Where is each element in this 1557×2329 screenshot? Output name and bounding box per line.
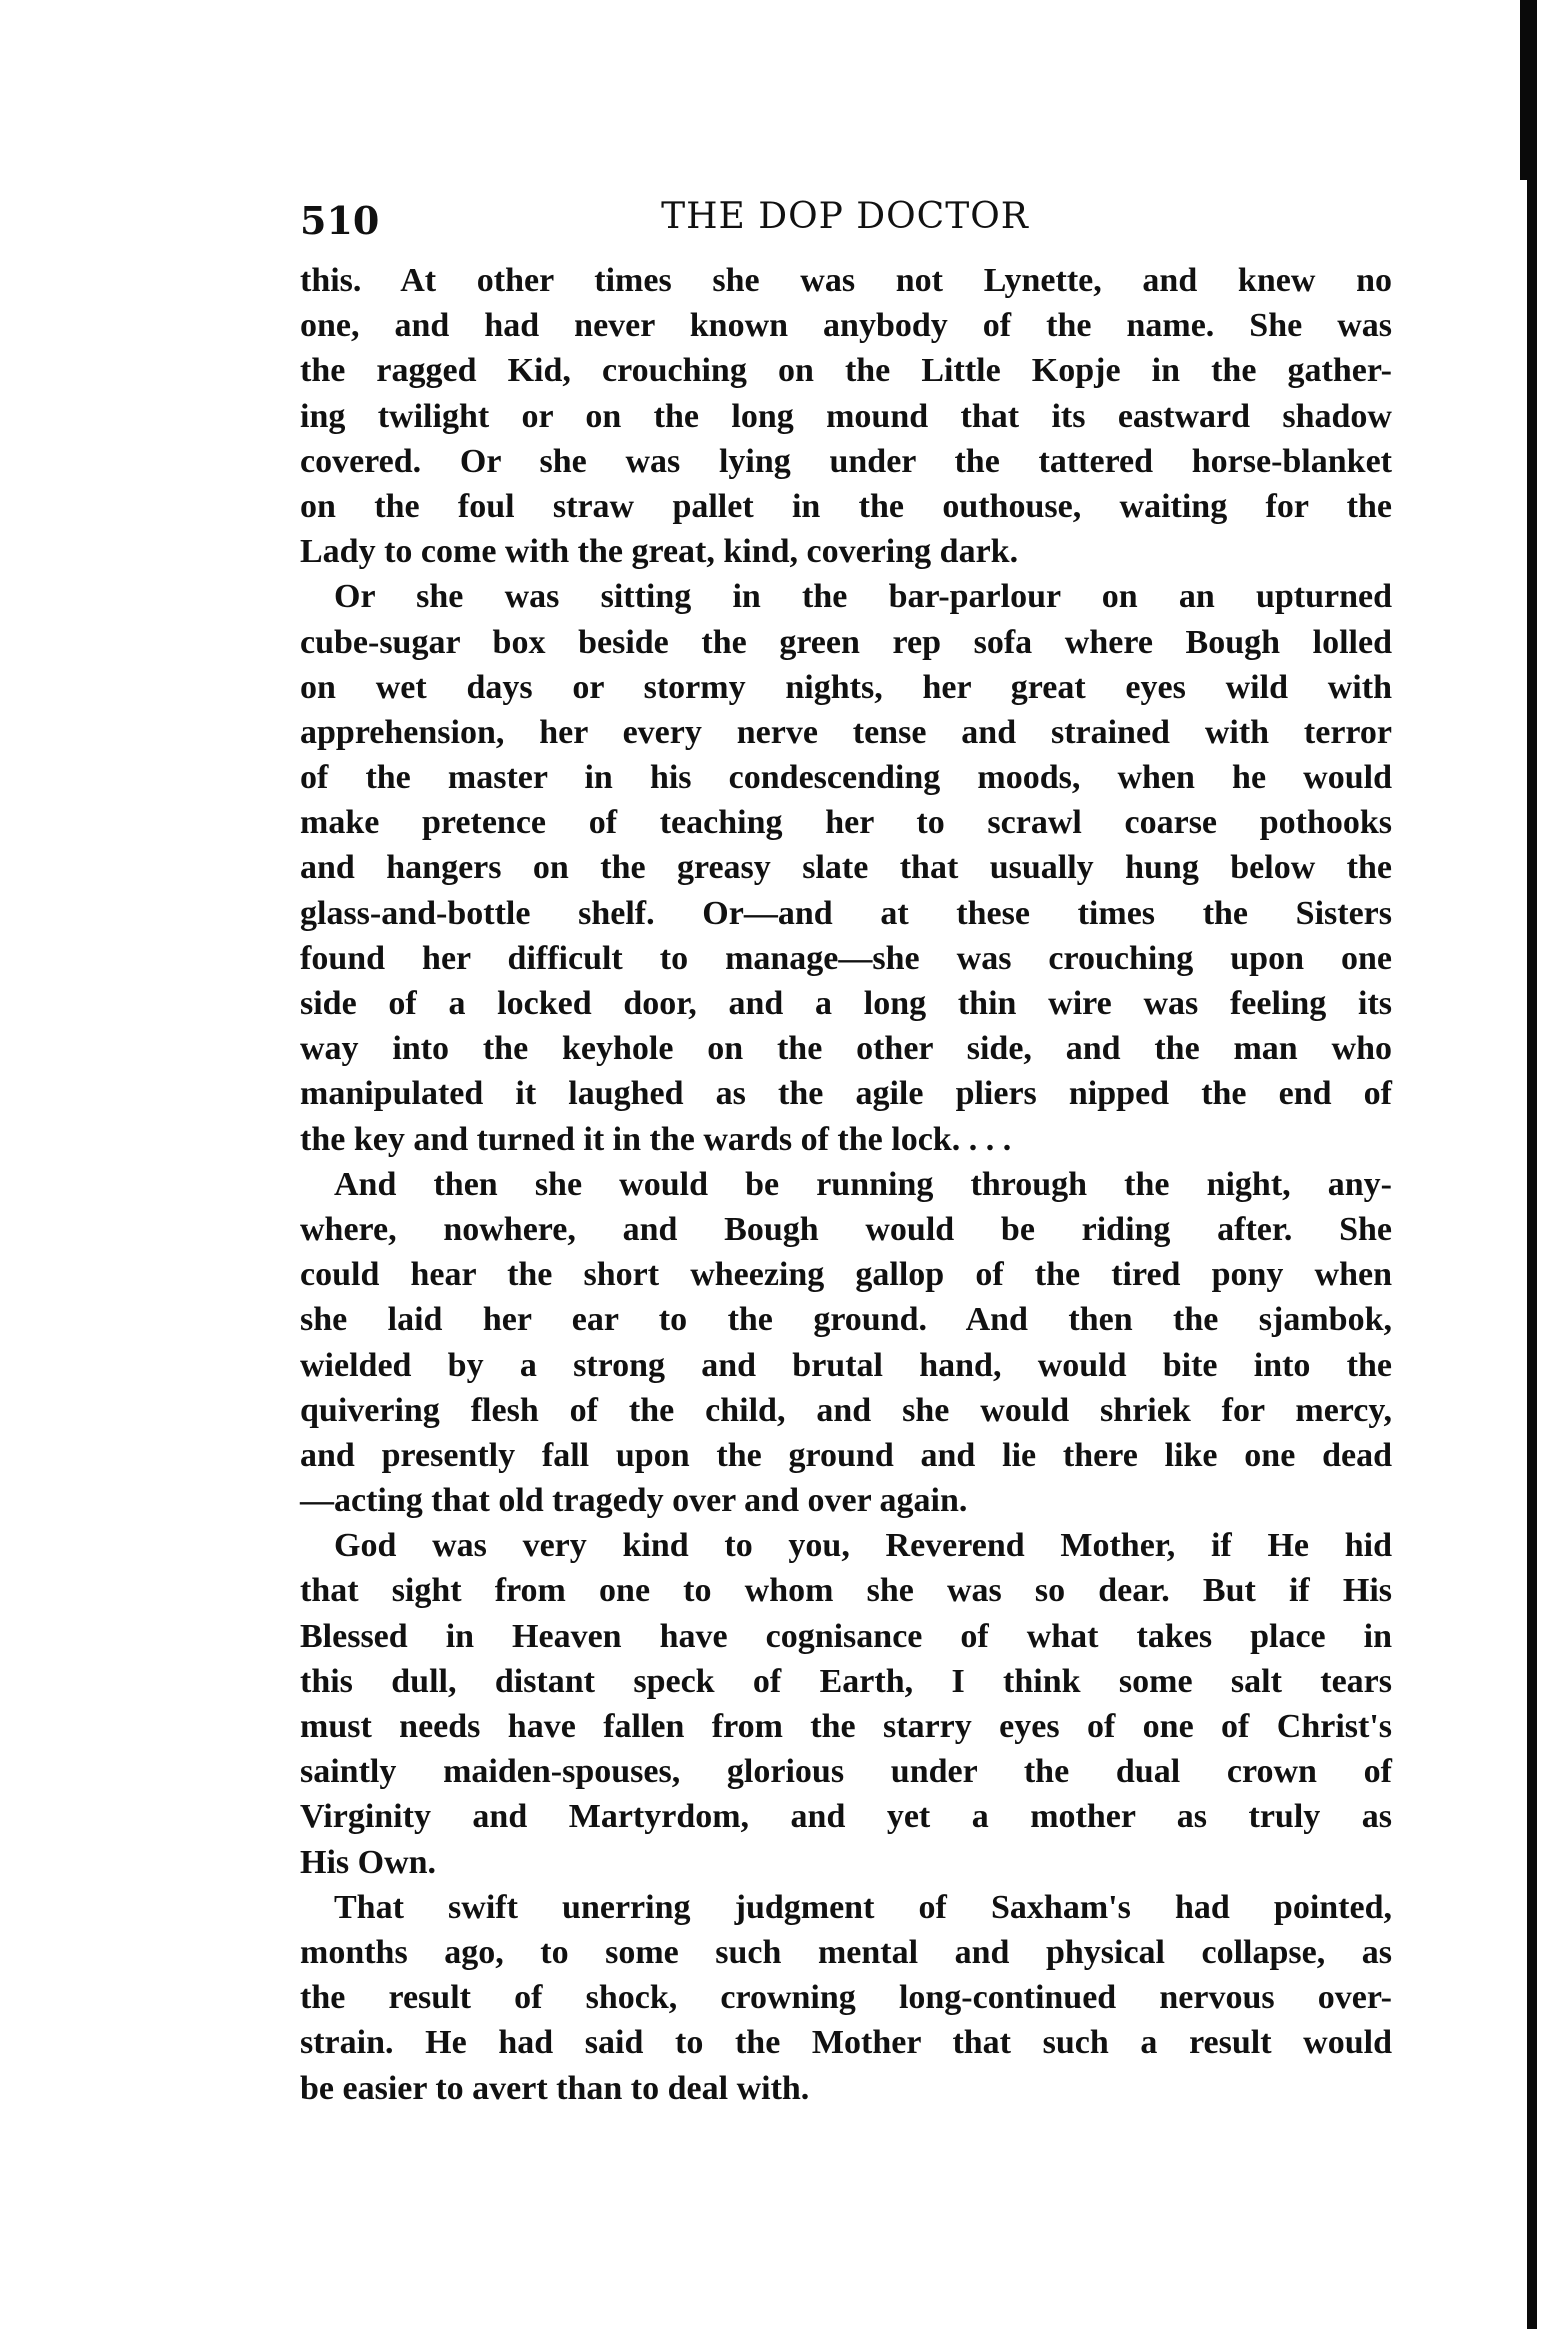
text-line: this. At other times she was not Lynette… xyxy=(300,258,1392,303)
text-line: apprehension, her every nerve tense and … xyxy=(300,710,1392,755)
page-edge-border xyxy=(1527,0,1537,2329)
text-line: where, nowhere, and Bough would be ridin… xyxy=(300,1207,1392,1252)
text-line: wielded by a strong and brutal hand, wou… xyxy=(300,1343,1392,1388)
text-line: —acting that old tragedy over and over a… xyxy=(300,1478,1392,1523)
text-line: could hear the short wheezing gallop of … xyxy=(300,1252,1392,1297)
page-edge-border-top xyxy=(1520,0,1534,180)
text-line: Lady to come with the great, kind, cover… xyxy=(300,529,1392,574)
text-line: That swift unerring judgment of Saxham's… xyxy=(300,1885,1392,1930)
text-line: the result of shock, crowning long-conti… xyxy=(300,1975,1392,2020)
text-line: quivering flesh of the child, and she wo… xyxy=(300,1388,1392,1433)
text-line: God was very kind to you, Reverend Mothe… xyxy=(300,1523,1392,1568)
text-line: on wet days or stormy nights, her great … xyxy=(300,665,1392,710)
text-line: manipulated it laughed as the agile plie… xyxy=(300,1071,1392,1116)
text-line: the ragged Kid, crouching on the Little … xyxy=(300,348,1392,393)
text-line: of the master in his condescending moods… xyxy=(300,755,1392,800)
text-line: side of a locked door, and a long thin w… xyxy=(300,981,1392,1026)
text-line: His Own. xyxy=(300,1840,1392,1885)
text-line: must needs have fallen from the starry e… xyxy=(300,1704,1392,1749)
text-line: make pretence of teaching her to scrawl … xyxy=(300,800,1392,845)
text-line: strain. He had said to the Mother that s… xyxy=(300,2020,1392,2065)
book-page: 510 THE DOP DOCTOR this. At other times … xyxy=(0,0,1557,2329)
body-text: this. At other times she was not Lynette… xyxy=(300,258,1392,2111)
text-line: that sight from one to whom she was so d… xyxy=(300,1568,1392,1613)
text-line: the key and turned it in the wards of th… xyxy=(300,1117,1392,1162)
text-line: this dull, distant speck of Earth, I thi… xyxy=(300,1659,1392,1704)
text-line: months ago, to some such mental and phys… xyxy=(300,1930,1392,1975)
text-line: found her difficult to manage—she was cr… xyxy=(300,936,1392,981)
text-line: and presently fall upon the ground and l… xyxy=(300,1433,1392,1478)
text-line: cube-sugar box beside the green rep sofa… xyxy=(300,620,1392,665)
running-title: THE DOP DOCTOR xyxy=(300,196,1390,237)
text-line: glass-and-bottle shelf. Or—and at these … xyxy=(300,891,1392,936)
text-line: she laid her ear to the ground. And then… xyxy=(300,1297,1392,1342)
text-line: and hangers on the greasy slate that usu… xyxy=(300,845,1392,890)
text-line: ing twilight or on the long mound that i… xyxy=(300,394,1392,439)
text-line: Virginity and Martyrdom, and yet a mothe… xyxy=(300,1794,1392,1839)
text-line: covered. Or she was lying under the tatt… xyxy=(300,439,1392,484)
text-line: on the foul straw pallet in the outhouse… xyxy=(300,484,1392,529)
text-line: saintly maiden-spouses, glorious under t… xyxy=(300,1749,1392,1794)
text-line: be easier to avert than to deal with. xyxy=(300,2066,1392,2111)
text-line: way into the keyhole on the other side, … xyxy=(300,1026,1392,1071)
text-line: Or she was sitting in the bar-parlour on… xyxy=(300,574,1392,619)
text-line: Blessed in Heaven have cognisance of wha… xyxy=(300,1614,1392,1659)
running-head: 510 THE DOP DOCTOR xyxy=(300,196,1390,246)
text-line: one, and had never known anybody of the … xyxy=(300,303,1392,348)
text-line: And then she would be running through th… xyxy=(300,1162,1392,1207)
